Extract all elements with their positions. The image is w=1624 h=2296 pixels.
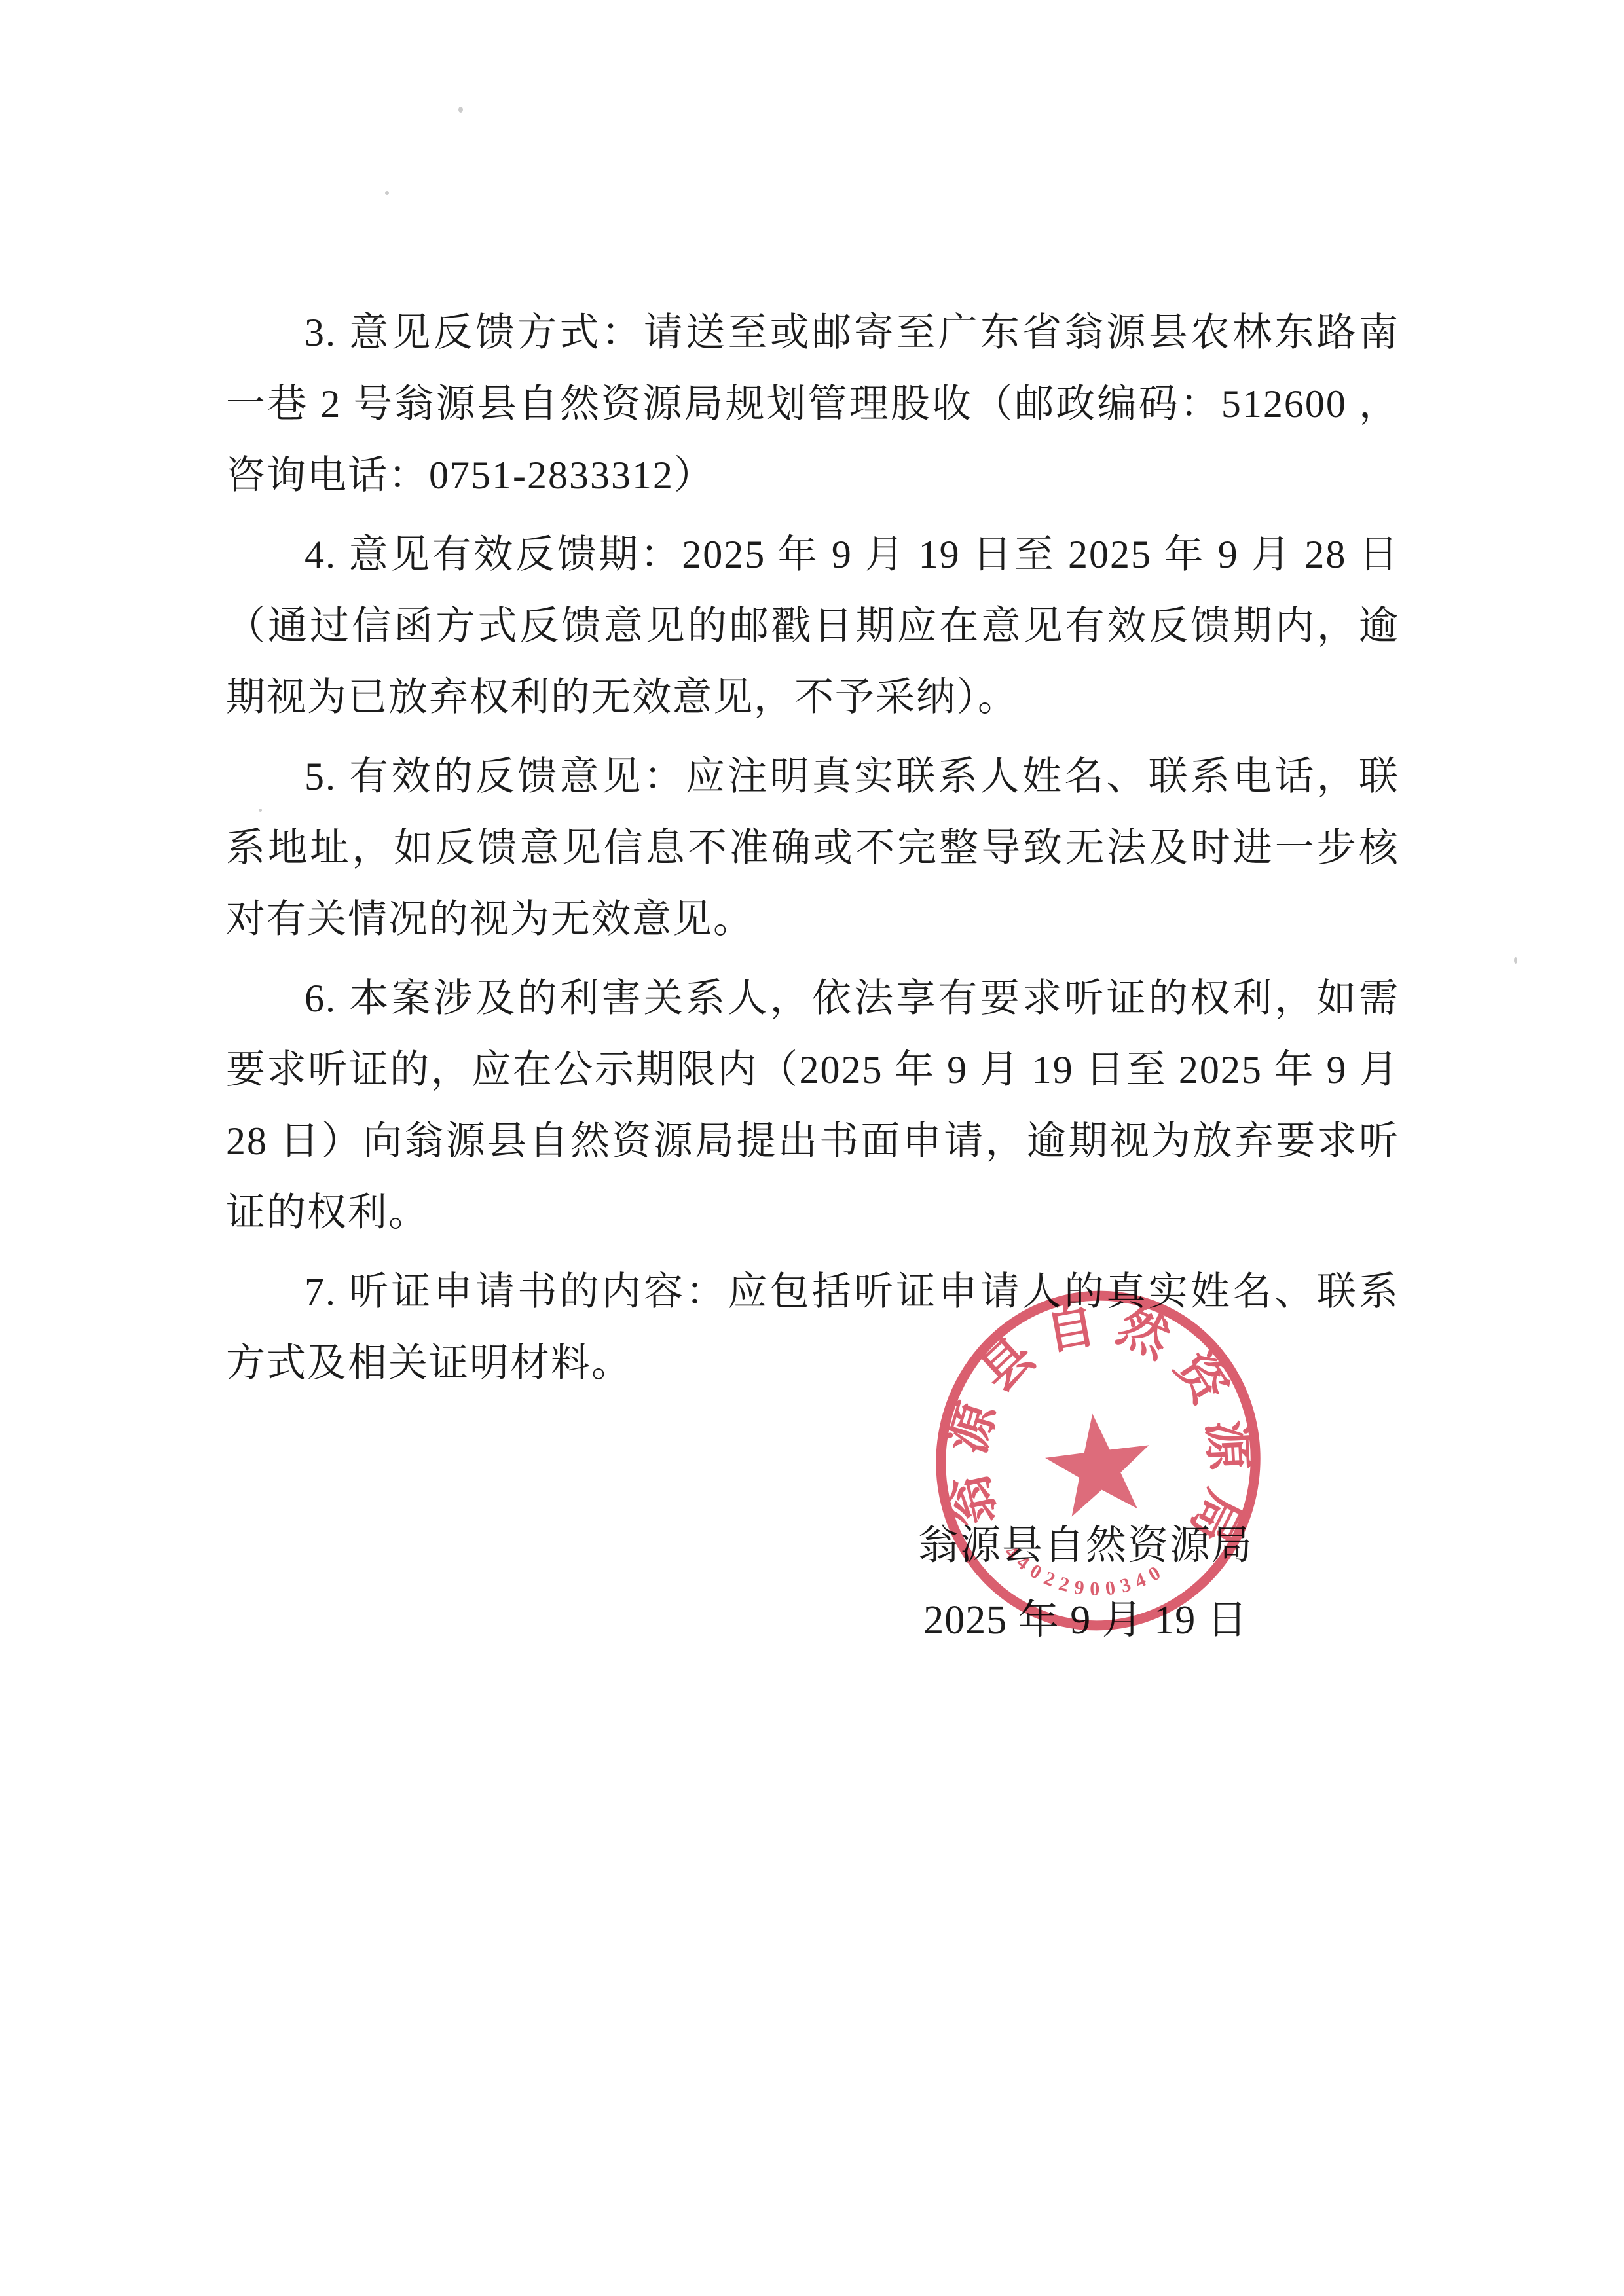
paragraph-6: 6. 本案涉及的利害关系人，依法享有要求听证的权利，如需要求听证的，应在公示期限… xyxy=(226,963,1399,1248)
document-body: 3. 意见反馈方式：请送至或邮寄至广东省翁源县农林东路南一巷 2 号翁源县自然资… xyxy=(226,297,1399,1407)
seal-code: 44022900340 xyxy=(997,1540,1172,1609)
paragraph-5: 5. 有效的反馈意见：应注明真实联系人姓名、联系电话，联系地址，如反馈意见信息不… xyxy=(226,741,1399,955)
seal-arc-text: 翁源县自然资源局 xyxy=(929,1277,1276,1567)
scan-speck xyxy=(458,107,463,113)
scan-speck xyxy=(1514,957,1517,964)
scan-speck xyxy=(385,191,389,195)
document-page: 3. 意见反馈方式：请送至或邮寄至广东省翁源县农林东路南一巷 2 号翁源县自然资… xyxy=(0,0,1624,2296)
paragraph-3: 3. 意见反馈方式：请送至或邮寄至广东省翁源县农林东路南一巷 2 号翁源县自然资… xyxy=(226,297,1399,511)
official-seal: 翁源县自然资源局 44022900340 xyxy=(889,1251,1308,1670)
paragraph-4: 4. 意见有效反馈期：2025 年 9 月 19 日至 2025 年 9 月 2… xyxy=(226,519,1399,733)
seal-star-icon xyxy=(1041,1408,1156,1519)
